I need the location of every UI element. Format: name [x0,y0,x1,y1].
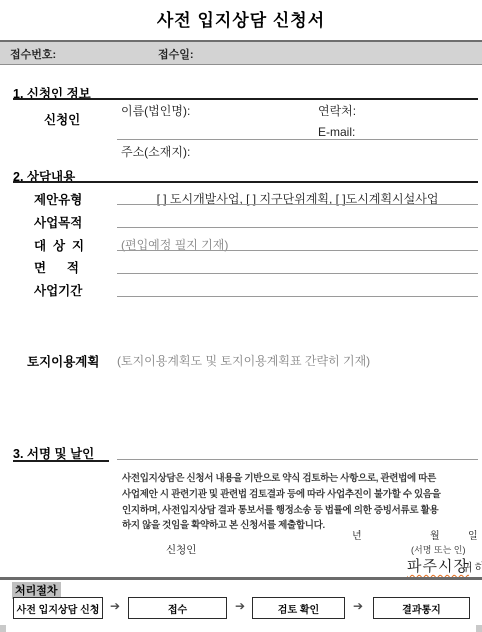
area-label: 면 적 [34,258,79,276]
target-site-label: 대 상 지 [34,236,84,254]
name-field-label: 이름(법인명): [121,102,190,119]
applicant-row-divider [117,139,478,140]
process-step-receipt: 접수 [128,597,227,619]
address-field-label: 주소(소재지): [121,143,190,160]
pledge-text-line: 인지하며, 사전입지상담 결과 통보서를 행정소송 등 법률에 의한 증빙서류로… [122,502,438,516]
arrow-right-icon: ➔ [230,599,250,613]
land-use-plan-label: 토지이용계획 [27,352,99,370]
receipt-date-label: 접수일: [158,46,194,62]
land-use-plan-hint: (토지이용계획도 및 토지이용계획표 간략히 기재) [117,352,370,369]
arrow-right-icon: ➔ [105,599,125,613]
contact-field-label: 연락처: [318,102,356,119]
proposal-type-label: 제안유형 [34,190,82,208]
date-day-label: 일 [468,527,478,542]
date-month-label: 월 [430,527,440,542]
section2-rule [13,181,478,183]
scroll-corner-artifact [0,625,6,632]
row-divider [117,296,478,297]
business-period-label: 사업기간 [34,281,82,299]
row-divider [117,204,478,205]
receipt-bar: 접수번호: 접수일: [0,40,482,65]
business-purpose-label: 사업목적 [34,213,82,231]
application-form-page: 사전 입지상담 신청서 접수번호: 접수일: 1. 신청인 정보 신청인 이름(… [0,0,482,632]
process-step-application: 사전 입지상담 신청 [13,597,103,619]
applicant-row-label: 신청인 [44,110,80,128]
form-title: 사전 입지상담 신청서 [0,6,482,31]
pledge-text-line: 하지 않을 것임을 확약하고 본 신청서를 제출합니다. [122,517,325,531]
section3-divider [117,459,478,460]
arrow-right-icon: ➔ [348,599,368,613]
signature-applicant-label: 신청인 [166,542,196,557]
addressee-mayor: 파주시장 [407,555,469,576]
section3-heading-rule [13,460,109,462]
row-divider [117,273,478,274]
process-step-review: 검토 확인 [252,597,345,619]
pledge-text-line: 사업제안 시 관련기관 및 관련법 검토결과 등에 따라 사업추진이 불가할 수… [122,486,441,500]
process-step-result: 결과통지 [373,597,470,619]
addressee-honorific: 귀하 [462,559,482,575]
email-field-label: E-mail: [318,125,355,139]
section1-rule [13,98,478,100]
row-divider [117,227,478,228]
date-year-label: 년 [352,527,362,542]
row-divider [117,250,478,251]
scroll-corner-artifact [476,625,482,632]
pledge-text-line: 사전입지상담은 신청서 내용을 기반으로 약식 검토하는 사항으로, 관련법에 … [122,470,436,484]
footer-rule [0,577,482,580]
receipt-number-label: 접수번호: [10,46,56,62]
